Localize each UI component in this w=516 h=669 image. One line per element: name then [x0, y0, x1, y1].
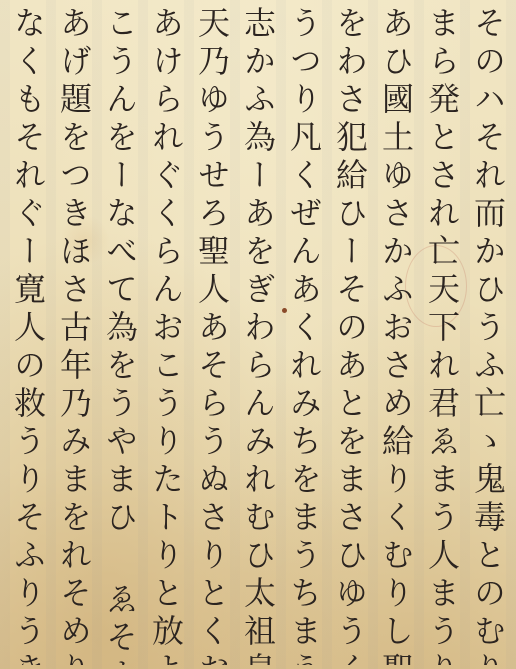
text-column-2: まら発とされ亡天下れ君ゑまう人まうりゑそをれこ — [420, 6, 464, 665]
text-column-4: をわさ犯給ひーそのあとをまさひゆうく戦が弟を — [328, 6, 372, 665]
text-column-1: そのハそれ而かひうふ亡ゝ鬼毒とのむりのやゐち — [466, 6, 510, 665]
manuscript-page: そのハそれ而かひうふ亡ゝ鬼毒とのむりのやゐち まら発とされ亡天下れ君ゑまう人まう… — [0, 0, 516, 669]
text-column-6: 志かふ為ーあをぎわらんみれむひ太祖皇帝も — [236, 6, 280, 665]
text-column-8: あけられぐくらんおこうりたトりと放よ天下むん — [144, 6, 188, 665]
text-column-3: あひ國土ゆさかふおさめ給りくむりし聖人れ天下 — [374, 6, 418, 665]
text-columns: そのハそれ而かひうふ亡ゝ鬼毒とのむりのやゐち まら発とされ亡天下れ君ゑまう人まう… — [6, 6, 510, 665]
text-column-10: あげ題をつきほさ古年乃みまをれそめりうゝーけ — [52, 6, 96, 665]
text-column-9: こうんをーなべて為をうやまひ ゑそまうりかふ廻せ — [98, 6, 142, 665]
text-column-5: うつり凡くぜんあくれみちをまうちまうりむし試 — [282, 6, 326, 665]
text-column-7: 天乃ゆうせろ聖人あそらうぬさりとくおーしくて — [190, 6, 234, 665]
text-column-11: なくもそれぐー寛人の救うりそふりうきこにかく — [6, 6, 50, 665]
